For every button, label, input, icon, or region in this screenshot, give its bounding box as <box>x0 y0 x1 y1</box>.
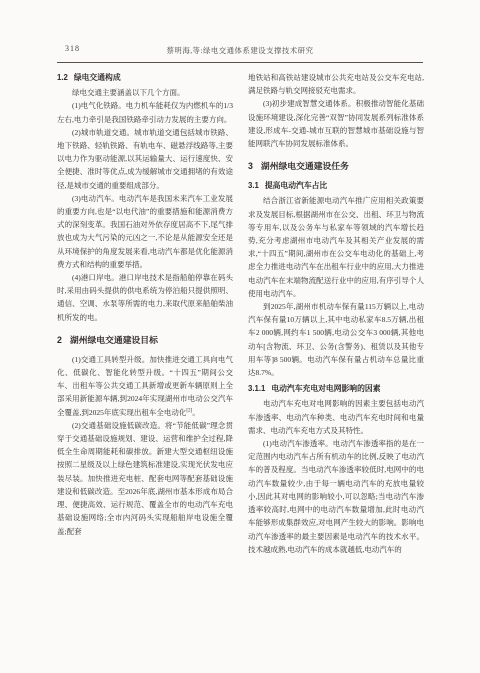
paragraph: (1)电气化铁路。电力机车能耗仅为内燃机车的1/3左右,电力牵引是我国铁路牵引动… <box>57 99 233 125</box>
paragraph: 电动汽车充电对电网影响的因素主要包括电动汽车渗透率、电动汽车种类、电动汽车充电时… <box>248 397 424 437</box>
heading-label: 电动汽车充电对电网影响的因素 <box>271 384 380 393</box>
paragraph: 结合浙江省新能源电动汽车推广应用相关政策要求及发展目标,根据湖州市在公交、出租、… <box>248 194 424 300</box>
heading-number: 3 <box>248 161 253 171</box>
paragraph: (3)电动汽车。电动汽车是我国未来汽车工业发展的重要方向,也是“以电代油”的重要… <box>57 192 233 271</box>
paragraph: (3)初步建成智慧交通体系。积极推动智能化基础设施环境建设,深化完善“双智”协同… <box>248 97 424 150</box>
heading-3-1: 3.1提高电动汽车占比 <box>248 179 424 192</box>
paragraph: (1)交通工具转型升级。加快推进交通工具向电气化、低碳化、智能化转型升级。“十四… <box>57 353 233 419</box>
heading-label: 湖州绿电交通建设目标 <box>70 335 158 345</box>
heading-number: 3.1 <box>248 181 259 190</box>
page-header: 318 蔡明海,等:绿电交通体系建设支撑技术研究 <box>57 44 423 58</box>
running-title: 蔡明海,等:绿电交通体系建设支撑技术研究 <box>57 45 423 56</box>
paragraph: (2)交通基础设施低碳改造。将“节能低碳”理念贯穿于交通基础设施规划、建设、运营… <box>57 419 233 538</box>
header-rule <box>57 62 423 63</box>
body-columns: 1.2绿电交通构成 绿电交通主要涵盖以下几个方面。 (1)电气化铁路。电力机车能… <box>57 71 424 556</box>
heading-number: 3.1.1 <box>248 384 265 393</box>
heading-label: 湖州绿电交通建设任务 <box>261 161 349 171</box>
paragraph-text: (1)交通工具转型升级。加快推进交通工具向电气化、低碳化、智能化转型升级。“十四… <box>57 355 233 417</box>
heading-1-2: 1.2绿电交通构成 <box>57 71 233 84</box>
heading-2: 2湖州绿电交通建设目标 <box>57 333 233 347</box>
paragraph-continued: 地铁站和高铁站建设城市公共充电站及公交车充电站,满足铁路与轨交网接驳充电需求。 <box>248 71 424 97</box>
heading-3: 3湖州绿电交通建设任务 <box>248 159 424 173</box>
heading-number: 2 <box>57 335 62 345</box>
heading-3-1-1: 3.1.1电动汽车充电对电网影响的因素 <box>248 382 424 395</box>
left-column: 1.2绿电交通构成 绿电交通主要涵盖以下几个方面。 (1)电气化铁路。电力机车能… <box>57 71 233 556</box>
paragraph-text: 。 <box>192 408 200 417</box>
paragraph: (4)港口岸电。港口岸电技术是指船舶停靠在码头时,采用由码头提供的供电系统为停泊… <box>57 271 233 324</box>
paragraph: (2)城市轨道交通。城市轨道交通包括城市铁路、地下铁路、轻轨铁路、有轨电车、磁悬… <box>57 126 233 192</box>
paragraph: 到2025年,湖州市机动车保有量115万辆以上,电动汽车保有量10万辆以上,其中… <box>248 300 424 379</box>
paragraph: (1)电动汽车渗透率。电动汽车渗透率指的是在一定范围内电动汽车占所有机动车的比例… <box>248 437 424 556</box>
paragraph: 绿电交通主要涵盖以下几个方面。 <box>57 86 233 99</box>
heading-label: 提高电动汽车占比 <box>265 181 327 190</box>
heading-label: 绿电交通构成 <box>74 73 121 82</box>
heading-number: 1.2 <box>57 73 68 82</box>
paper-page: 318 蔡明海,等:绿电交通体系建设支撑技术研究 1.2绿电交通构成 绿电交通主… <box>0 0 480 673</box>
right-column: 地铁站和高铁站建设城市公共充电站及公交车充电站,满足铁路与轨交网接驳充电需求。 … <box>248 71 424 556</box>
